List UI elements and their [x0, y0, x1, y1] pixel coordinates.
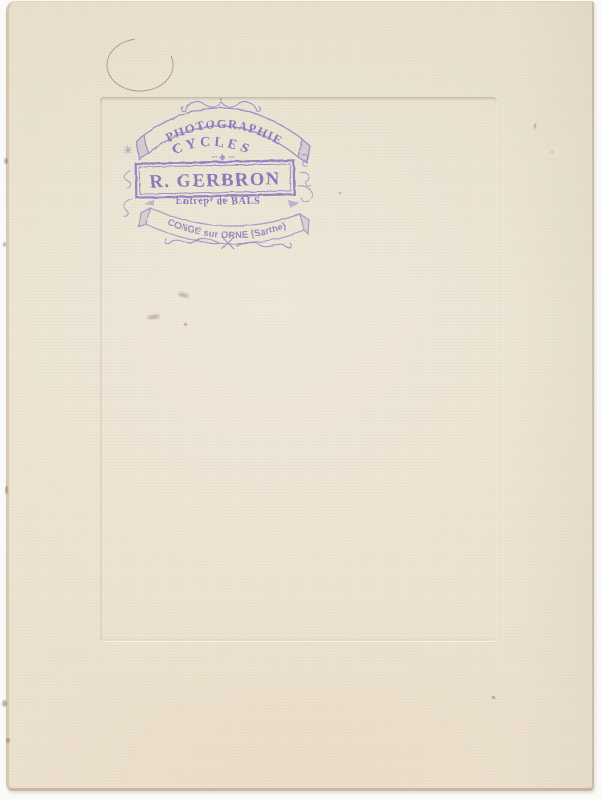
paper-grain — [6, 1, 594, 789]
scanned-photo-card-back: PHOTOGRAPHIE CYCLES R. GERBRON — [0, 0, 602, 800]
